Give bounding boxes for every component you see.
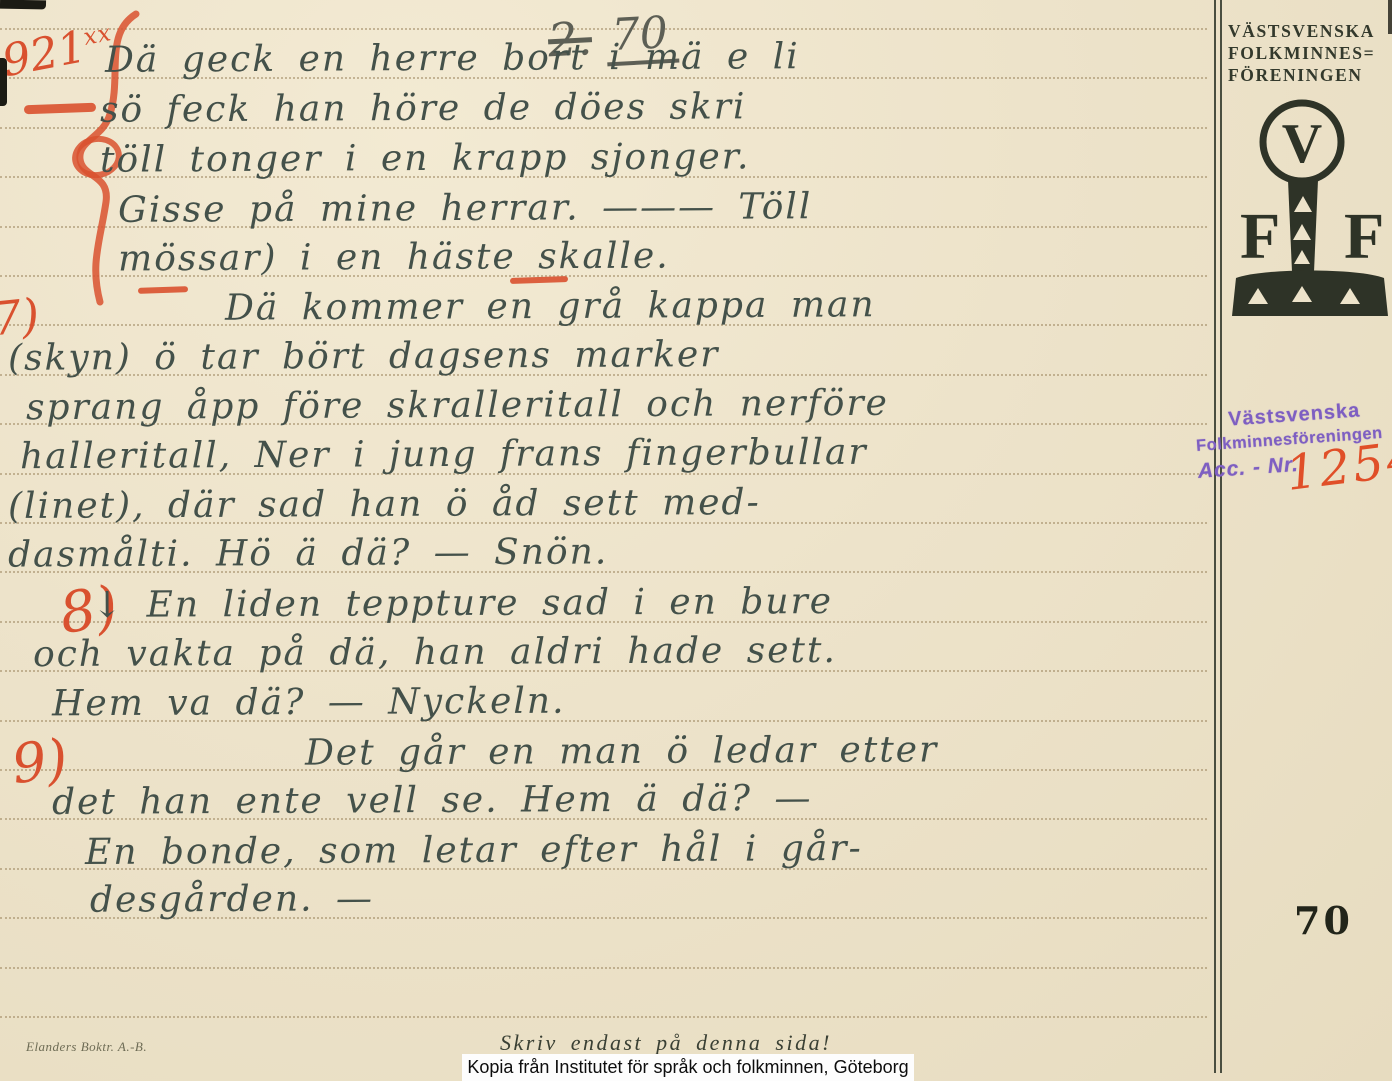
svg-text:F: F — [1240, 200, 1280, 273]
printed-page-number: 70 — [1294, 898, 1353, 943]
scan-edge-artifact — [0, 58, 7, 106]
manuscript-line: Det går en man ö ledar etter — [305, 729, 938, 773]
manuscript-line: det han ente vell se. Hem ä dä? — — [52, 778, 813, 823]
manuscript-line: Gisse på mine herrar. ——— Töll — [118, 186, 813, 231]
manuscript-line: sprang åpp före skralleritall och nerför… — [26, 383, 889, 429]
red-underline-mossar — [138, 286, 188, 294]
svg-text:V: V — [1282, 113, 1322, 175]
manuscript-line: ↓ En liden teppture sad i en bure — [92, 581, 833, 626]
ruled-line — [0, 1016, 1207, 1018]
manuscript-line: töll tonger i en krapp sjonger. — [100, 136, 751, 180]
manuscript-line: och vakta på dä, han aldri hade sett. — [33, 630, 837, 675]
org-header-line1: VÄSTSVENSKA — [1228, 20, 1390, 42]
vertical-divider-rule — [1214, 0, 1222, 1073]
scan-edge-artifact — [1388, 0, 1392, 34]
archive-copy-notice: Kopia från Institutet för språk och folk… — [462, 1054, 914, 1081]
org-header-line2: FOLKMINNES= — [1228, 42, 1390, 64]
scanned-manuscript-page: 2. 70 921xx 7) 8) 9) Dä geck en herre bo… — [0, 0, 1392, 1081]
org-header-line3: FÖRENINGEN — [1228, 64, 1390, 86]
manuscript-line: (linet), där sad han ö åd sett med- — [8, 482, 761, 527]
manuscript-line: (skyn) ö tar bört dagsens marker — [8, 334, 720, 379]
manuscript-line: Dä kommer en grå kappa man — [225, 284, 876, 328]
manuscript-line: Dä geck en herre bort i mä e li — [105, 36, 800, 81]
manuscript-line: mössar) i en häste skalle. — [118, 236, 670, 280]
organization-header: VÄSTSVENSKA FOLKMINNES= FÖRENINGEN — [1228, 20, 1390, 86]
printer-imprint: Elanders Boktr. A.-B. — [26, 1039, 147, 1055]
manuscript-line: halleritall, Ner i jung frans fingerbull… — [20, 432, 868, 477]
manuscript-line: desgården. — — [90, 878, 374, 920]
scan-edge-artifact — [0, 0, 46, 9]
svg-text:F: F — [1344, 200, 1384, 273]
ruled-line — [0, 967, 1207, 969]
manuscript-line: sö feck han höre de döes skri — [100, 86, 747, 130]
vff-thors-hammer-logo: V F F — [1232, 92, 1388, 320]
write-only-instruction: Skriv endast på denna sida! — [500, 1030, 832, 1056]
manuscript-line: dasmålti. Hö ä dä? — Snön. — [8, 531, 608, 575]
manuscript-line: Hem va dä? — Nyckeln. — [52, 681, 566, 725]
manuscript-line: En bonde, som letar efter hål i går- — [85, 828, 863, 873]
